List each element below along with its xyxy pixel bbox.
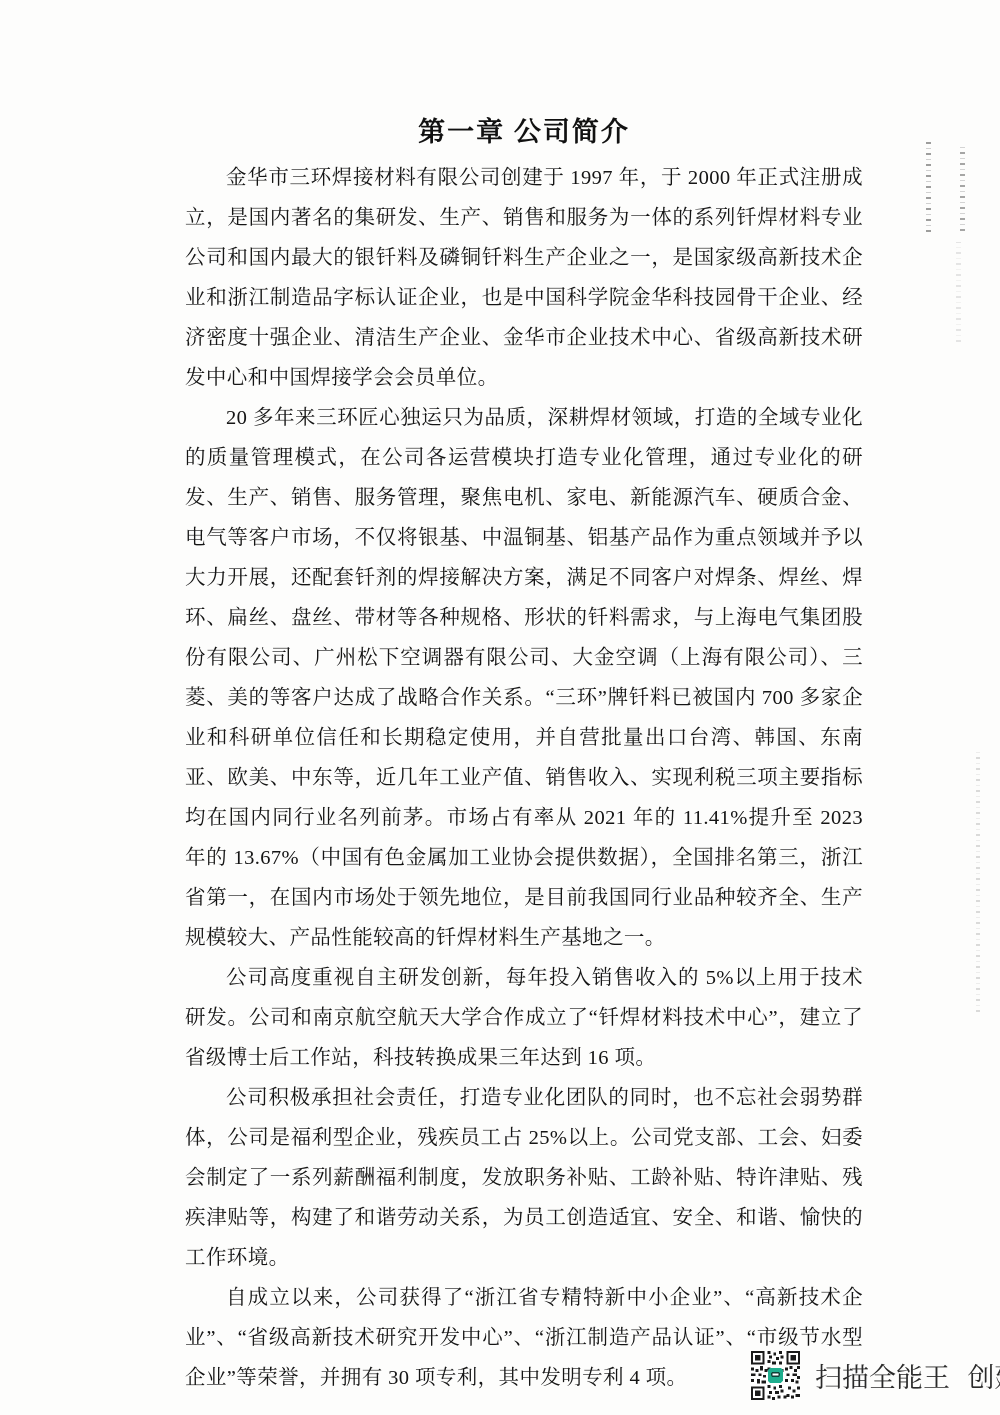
scan-artifact	[926, 142, 931, 232]
scan-artifact	[960, 147, 965, 231]
document-page: 第一章 公司简介 金华市三环焊接材料有限公司创建于 1997 年，于 2000 …	[0, 0, 1000, 1415]
scan-artifact	[956, 242, 961, 342]
paragraph-social-responsibility: 公司积极承担社会责任，打造专业化团队的同时，也不忘社会弱势群体，公司是福利型企业…	[185, 1078, 863, 1278]
scanner-watermark: 扫描全能王 创建	[751, 1349, 1000, 1401]
document-body: 金华市三环焊接材料有限公司创建于 1997 年，于 2000 年正式注册成立，是…	[185, 158, 863, 1398]
chapter-title: 第一章 公司简介	[185, 110, 863, 149]
paragraph-business-scope: 20 多年来三环匠心独运只为品质，深耕焊材领域，打造的全域专业化的质量管理模式，…	[185, 398, 863, 958]
paragraph-rd-investment: 公司高度重视自主研发创新，每年投入销售收入的 5%以上用于技术研发。公司和南京航…	[185, 958, 863, 1078]
qr-code-icon	[751, 1351, 800, 1400]
scan-artifact	[976, 748, 980, 1012]
watermark-text: 扫描全能王 创建	[815, 1356, 1000, 1395]
paragraph-company-intro: 金华市三环焊接材料有限公司创建于 1997 年，于 2000 年正式注册成立，是…	[185, 158, 863, 398]
